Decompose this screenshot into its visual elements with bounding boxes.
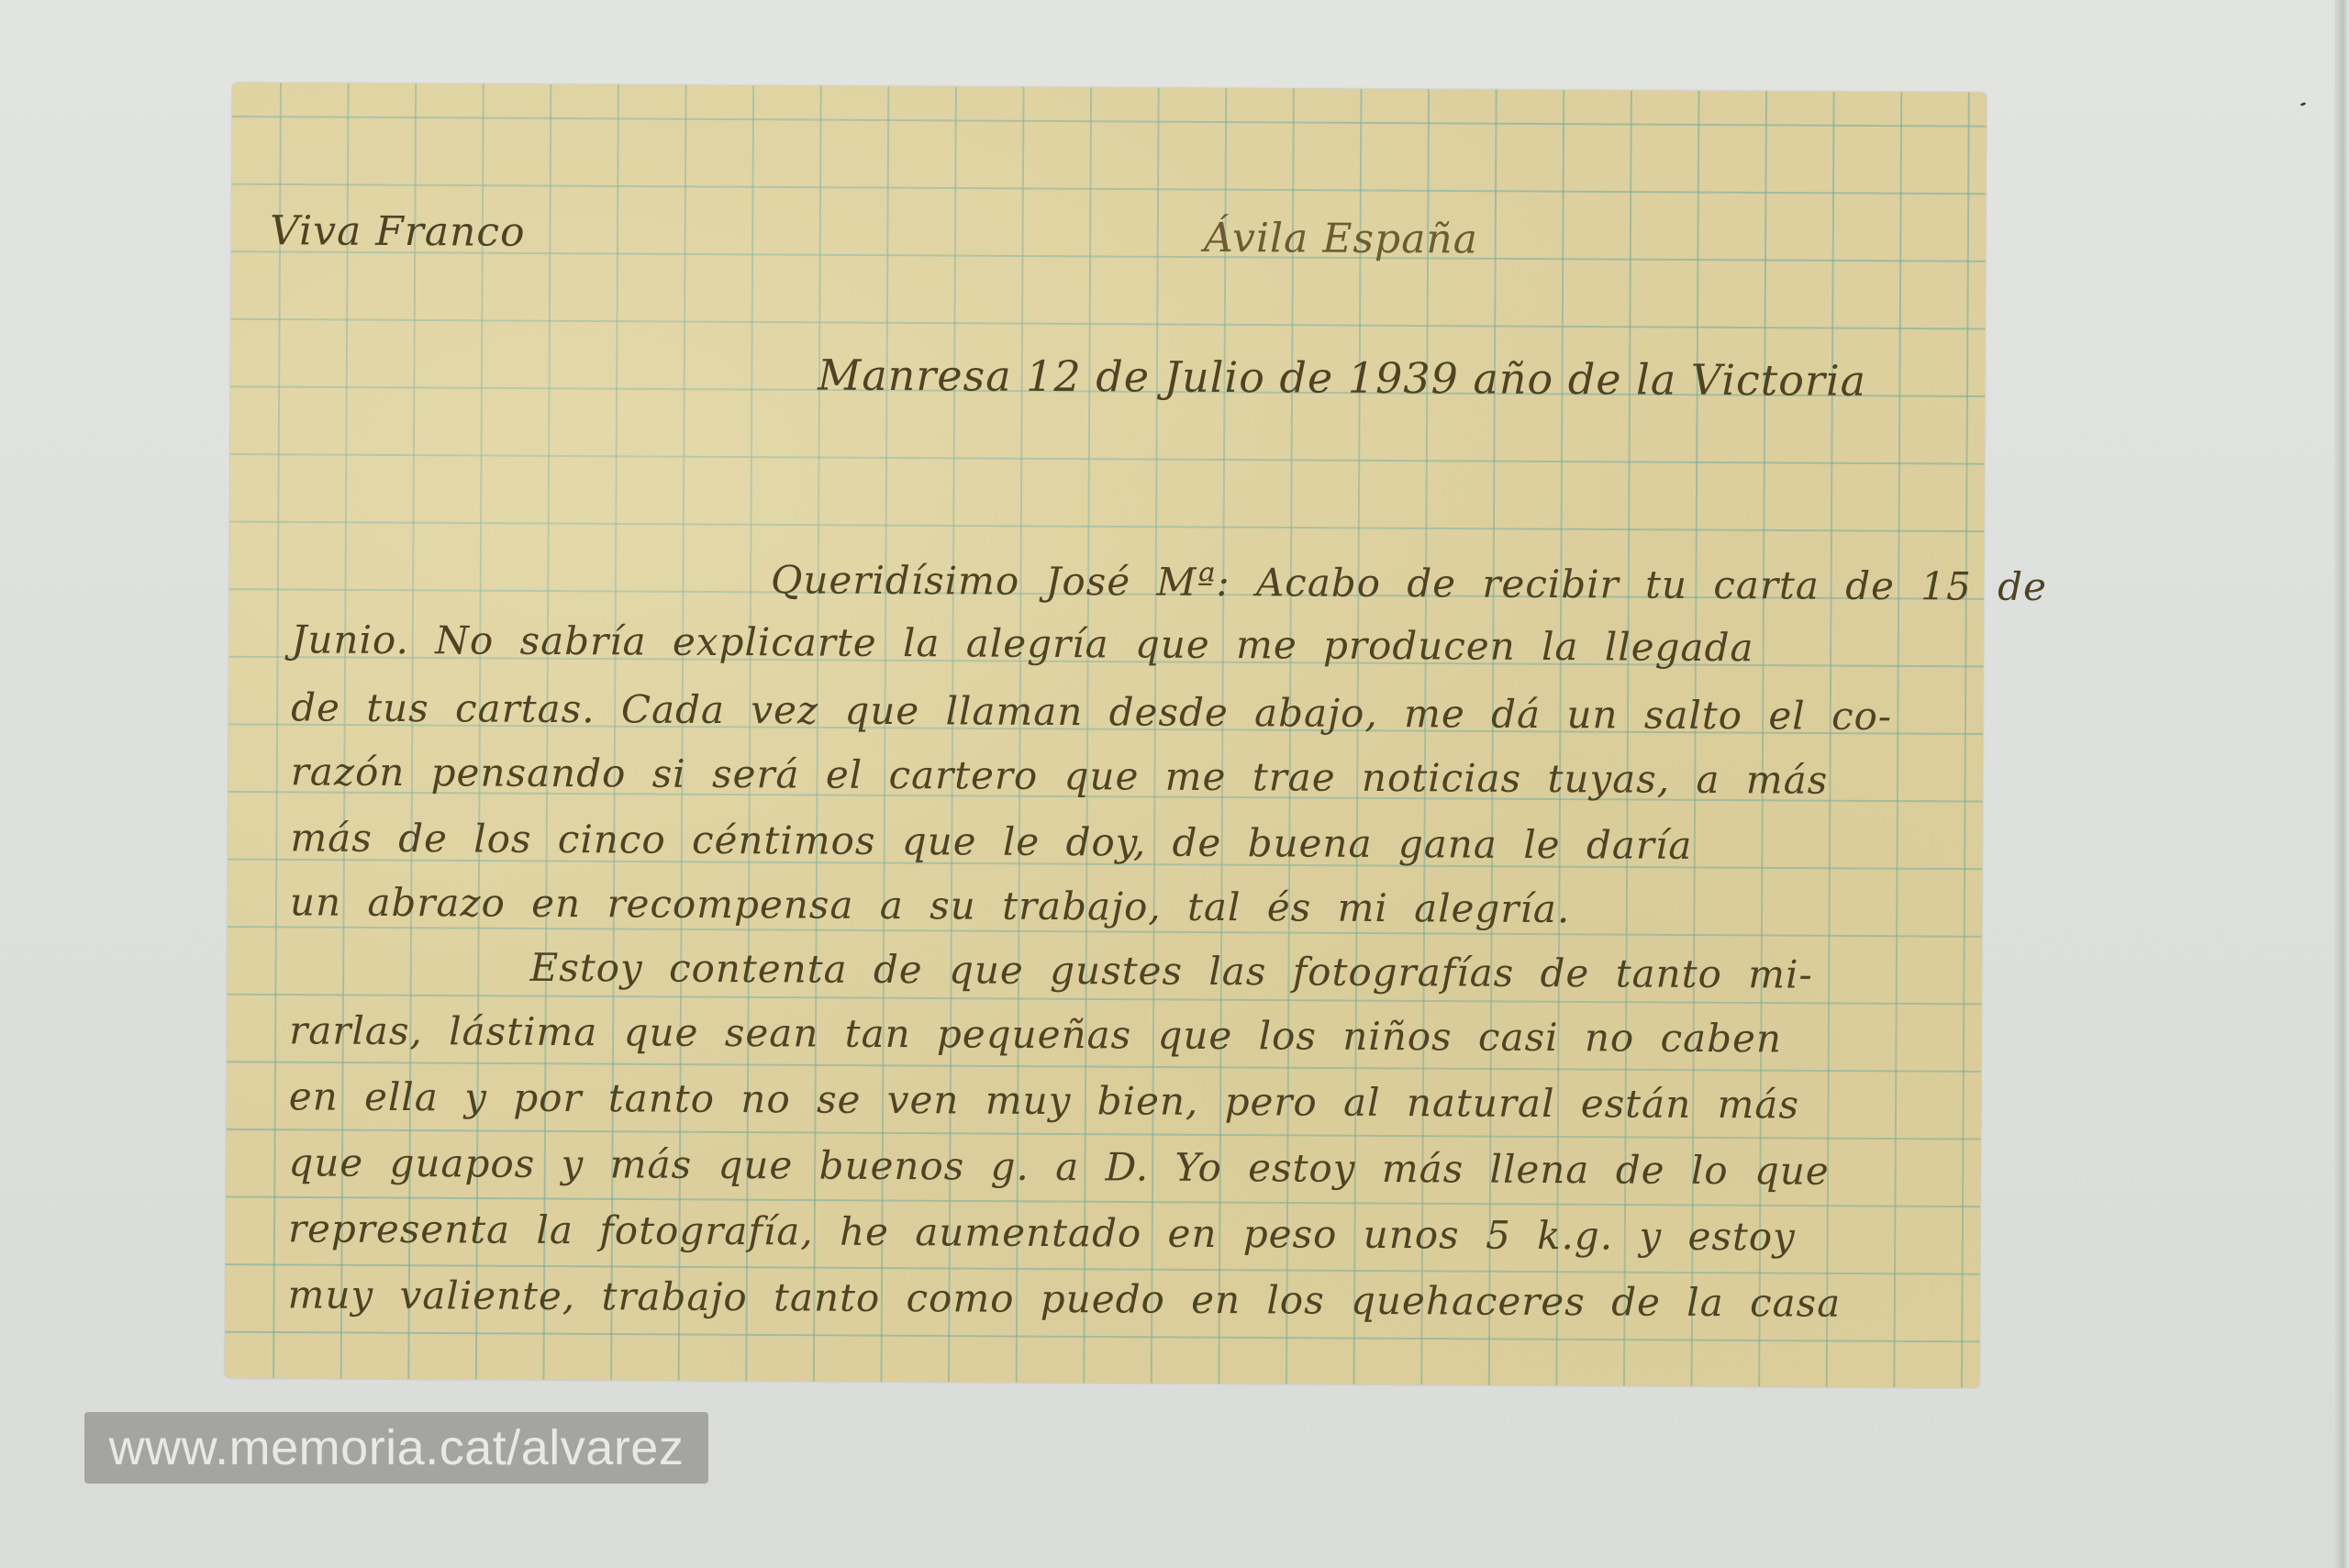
body-line: representa la fotografía, he aumentado e… [288,1209,1796,1256]
watermark: www.memoria.cat/alvarez [84,1412,708,1484]
header-left-text: Viva Franco [270,211,526,253]
watermark-text: www.memoria.cat/alvarez [109,1419,685,1476]
body-line: Junio. No sabría explicarte la alegría q… [291,620,1753,667]
dateline: Manresa 12 de Julio de 1939 año de la Vi… [818,354,1866,402]
body-line: rarlas, lástima que sean tan pequeñas qu… [289,1011,1782,1058]
header-right-text: Ávila España [1204,218,1478,261]
body-line: más de los cinco céntimos que le doy, de… [290,818,1692,865]
letter-sheet: Viva Franco Ávila España Manresa 12 de J… [225,83,1987,1388]
body-line: Queridísimo José Mª: Acabo de recibir tu… [771,561,2047,606]
body-line: razón pensando si será el cartero que me… [291,752,1829,799]
body-line: de tus cartas. Cada vez que llaman desde… [291,688,1892,736]
body-line: Estoy contenta de que gustes las fotogra… [529,949,1812,995]
body-line: muy valiente, trabajo tanto como puedo e… [288,1275,1842,1322]
body-line: que guapos y más que buenos g. a D. Yo e… [288,1143,1830,1190]
scan-edge-shadow [2334,0,2349,1568]
body-line: en ella y por tanto no se ven muy bien, … [289,1077,1799,1124]
body-line: un abrazo en recompensa a su trabajo, ta… [290,883,1570,929]
